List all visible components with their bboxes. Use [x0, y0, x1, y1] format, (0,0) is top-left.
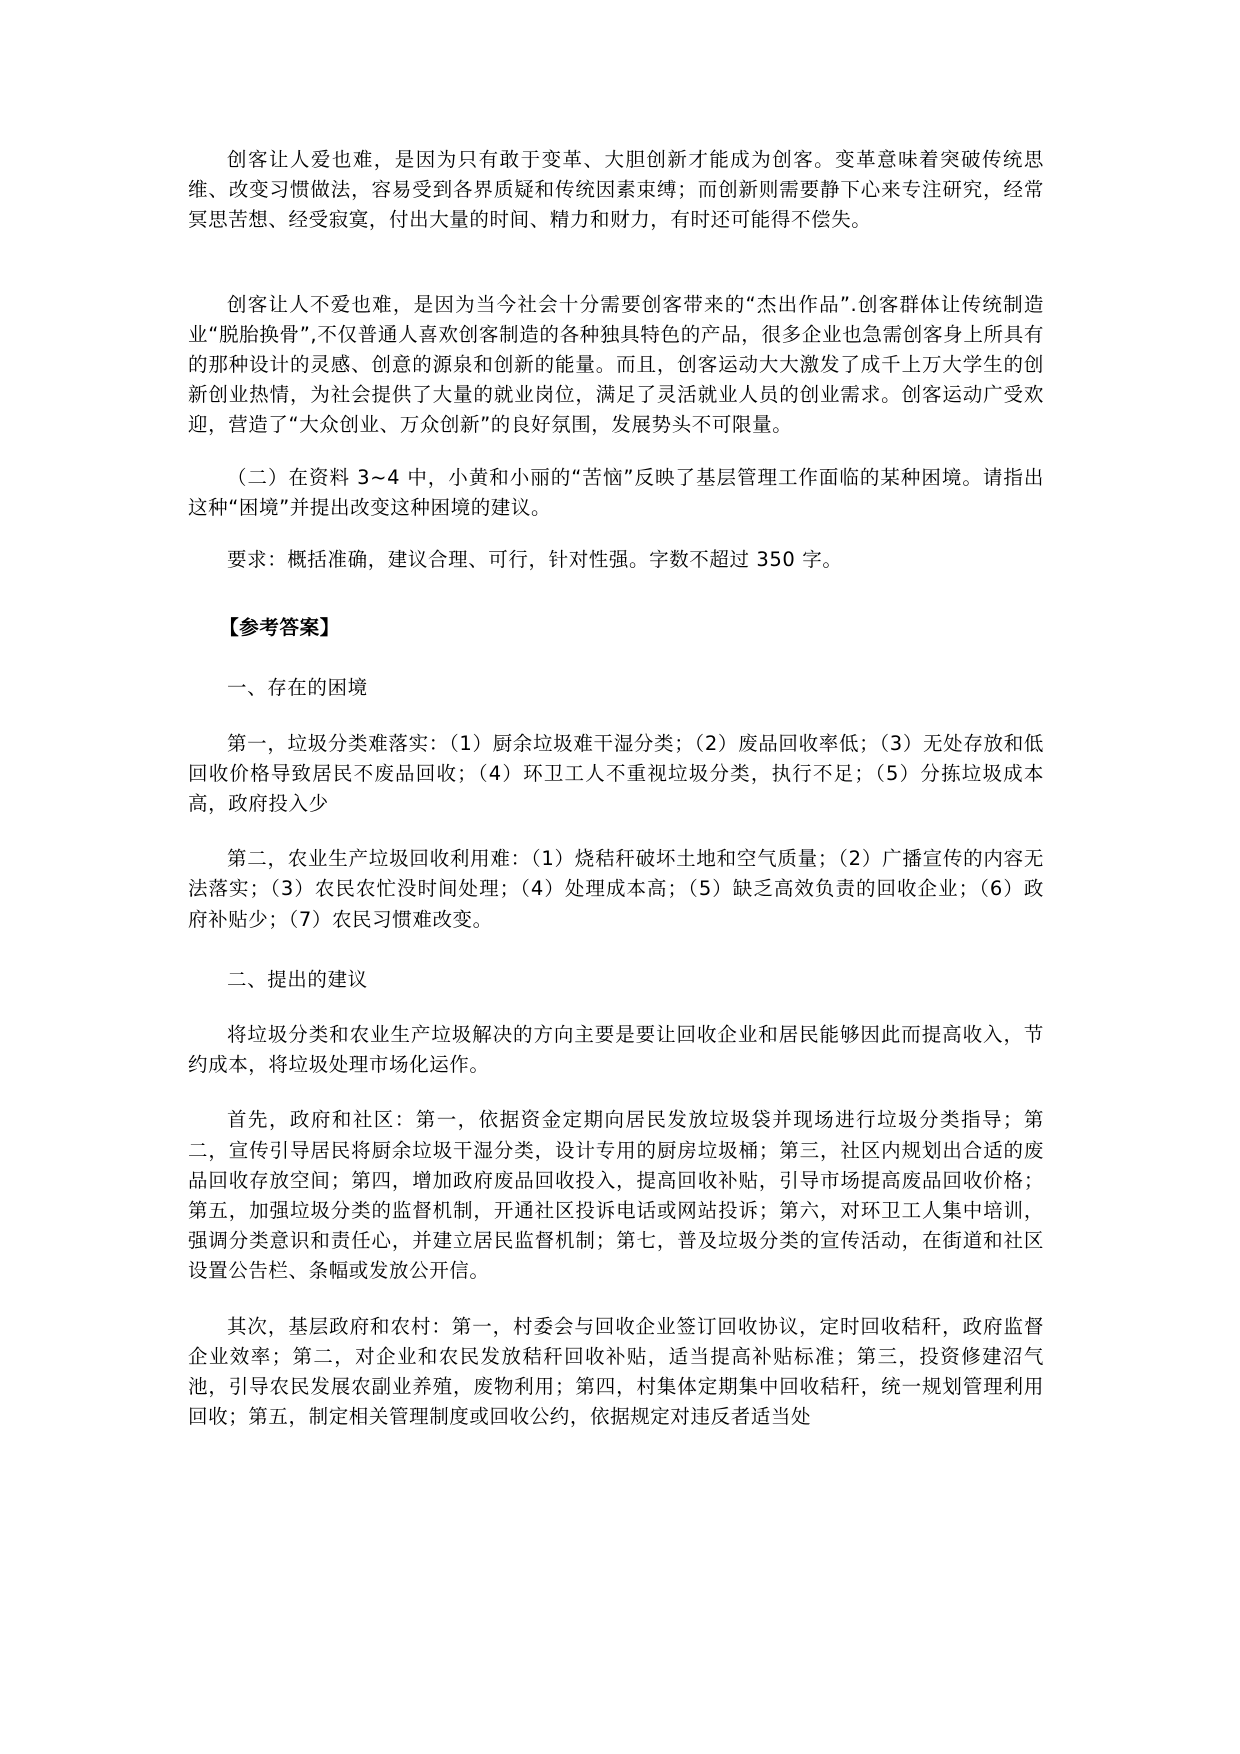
section-heading-suggestions: 二、提出的建议	[188, 965, 1044, 995]
suggestion-government-community: 首先，政府和社区：第一，依据资金定期向居民发放垃圾袋并现场进行垃圾分类指导；第二…	[188, 1105, 1044, 1286]
answer-heading: 【参考答案】	[188, 613, 1044, 643]
document-page: 创客让人爱也难，是因为只有敢于变革、大胆创新才能成为创客。变革意味着突破传统思维…	[188, 145, 1044, 1433]
dilemma-agricultural-waste: 第二，农业生产垃圾回收利用难：（1）烧秸秆破坏土地和空气质量；（2）广播宣传的内…	[188, 844, 1044, 935]
section-heading-dilemmas: 一、存在的困境	[188, 673, 1044, 703]
paragraph-maker-love: 创客让人爱也难，是因为只有敢于变革、大胆创新才能成为创客。变革意味着突破传统思维…	[188, 145, 1044, 236]
requirement-text: 要求：概括准确，建议合理、可行，针对性强。字数不超过 350 字。	[188, 545, 1044, 575]
paragraph-maker-unlove: 创客让人不爱也难，是因为当今社会十分需要创客带来的“杰出作品”.创客群体让传统制…	[188, 290, 1044, 441]
dilemma-garbage-sorting: 第一，垃圾分类难落实：（1）厨余垃圾难干湿分类；（2）废品回收率低；（3）无处存…	[188, 729, 1044, 820]
question-two: （二）在资料 3~4 中，小黄和小丽的“苦恼”反映了基层管理工作面临的某种困境。…	[188, 463, 1044, 523]
suggestion-intro: 将垃圾分类和农业生产垃圾解决的方向主要是要让回收企业和居民能够因此而提高收入，节…	[188, 1020, 1044, 1080]
suggestion-rural-government: 其次，基层政府和农村：第一，村委会与回收企业签订回收协议，定时回收秸秆，政府监督…	[188, 1312, 1044, 1433]
